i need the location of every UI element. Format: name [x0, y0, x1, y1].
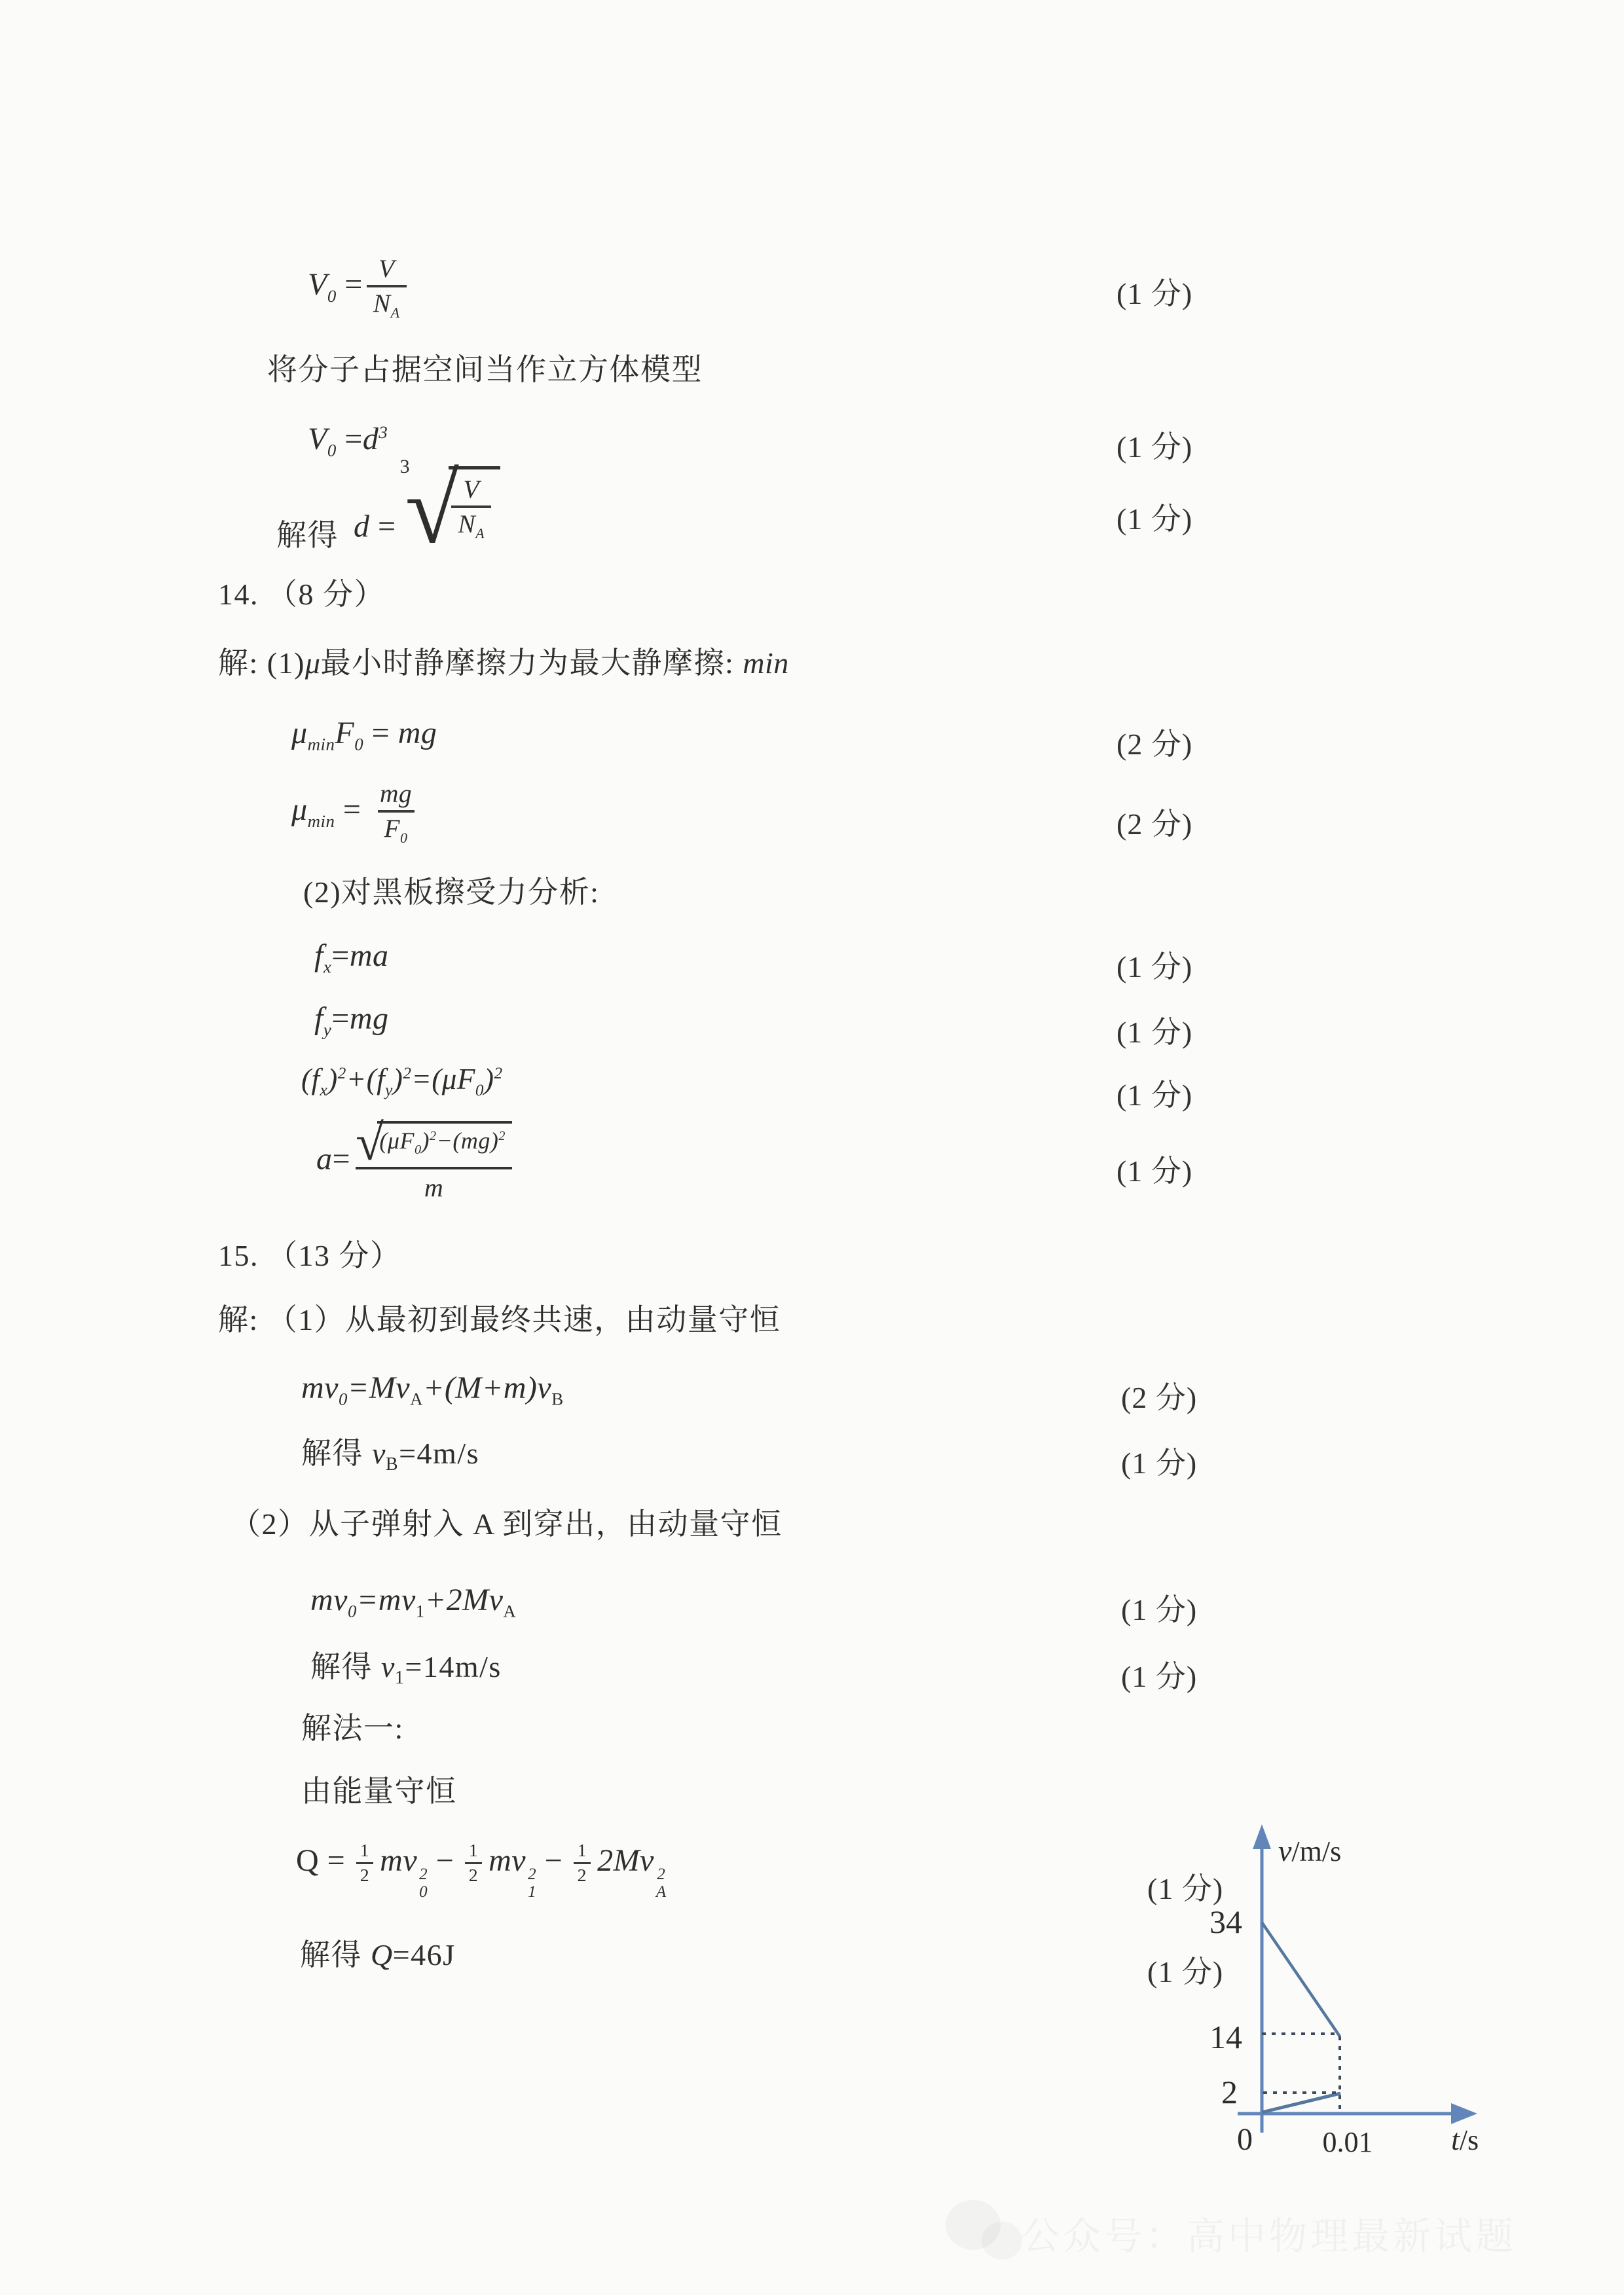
solution-14-line1: 解: (1)μ最小时静摩擦力为最大静摩擦: min: [218, 645, 789, 681]
var-f: f: [314, 938, 323, 973]
tick-2: 2: [1221, 2074, 1238, 2110]
fraction-mg-F0: mgF0: [373, 779, 418, 846]
var-N: N: [458, 509, 475, 538]
result-v1: 解得 v1=14m/s: [310, 1649, 502, 1689]
text-friction: 最小时静摩擦力为最大静摩擦:: [321, 646, 743, 680]
var-F: F: [384, 814, 401, 843]
score-mark: (1 分): [1121, 1586, 1197, 1629]
half-fraction: 12: [356, 1841, 373, 1885]
formula-fy-mg: fy=mg: [314, 1001, 389, 1040]
var-F: F: [335, 716, 354, 750]
answer-sheet-page: V0 =VNA (1 分) 将分子占据空间当作立方体模型 V0 =d3 (1 分…: [0, 0, 1624, 2295]
sub-A: A: [656, 1884, 667, 1901]
equals: =: [344, 422, 363, 456]
text-jiede: 解得: [300, 1938, 371, 1972]
tick-0: 0: [1237, 2122, 1253, 2157]
score-mark: (1 分): [1116, 1071, 1192, 1114]
half-fraction: 12: [574, 1841, 591, 1885]
sub-1: 1: [528, 1884, 536, 1901]
sub-0: 0: [348, 1602, 357, 1621]
denominator-NA: NA: [367, 285, 407, 321]
question-14-header: 14. （8 分）: [218, 576, 385, 612]
solution-15-line1: 解: （1）从最初到最终共速，由动量守恒: [218, 1302, 781, 1338]
sup-2: 2: [494, 1065, 502, 1082]
formula-momentum-1: mv0=MvA+(M+m)vB: [301, 1370, 564, 1410]
sub-x: x: [323, 957, 331, 977]
equals: =: [363, 716, 398, 750]
text-jiede: 解得: [310, 1650, 381, 1683]
question-15-header: 15. （13 分）: [218, 1238, 401, 1274]
score-mark: (1 分): [1121, 1439, 1197, 1482]
text-jie-1: 解: (1): [218, 646, 305, 680]
sub-y: y: [323, 1020, 331, 1040]
sup-2: 2: [338, 1065, 346, 1082]
score-mark: (1 分): [1116, 1008, 1192, 1052]
var-mg: mg: [398, 716, 437, 750]
sub-0: 0: [327, 286, 337, 306]
tick-001: 0.01: [1323, 2126, 1373, 2158]
denominator-F0: F0: [378, 810, 415, 846]
value-46J: =46J: [393, 1938, 456, 1972]
sub-min: min: [308, 735, 335, 754]
score-mark: (2 分): [1116, 720, 1192, 763]
x-axis-arrow-icon: [1451, 2103, 1477, 2124]
sub-0: 0: [339, 1389, 348, 1409]
sup-2: 2: [528, 1866, 536, 1883]
var-v: v: [372, 1437, 386, 1470]
sub-1: 1: [395, 1668, 405, 1688]
numerator-sqrt: √(μF0)2−(mg)2: [356, 1121, 512, 1164]
sub-min: min: [308, 811, 335, 831]
formula-v0-per-molecule: V0 =VNA: [308, 254, 411, 321]
score-mark: (1 分): [1116, 495, 1192, 538]
supsub-2-1: 21: [528, 1866, 536, 1900]
text-jiede: 解得: [301, 1437, 372, 1470]
sub-1: 1: [416, 1602, 425, 1621]
close: ): [484, 1063, 494, 1095]
bullet-velocity-line: [1262, 1922, 1340, 2036]
score-mark: (1 分): [1116, 270, 1192, 313]
formula-fx-ma: fx=ma: [314, 938, 389, 978]
var-Q: Q: [371, 1938, 393, 1972]
formula-d-cuberoot: d =3√VNA: [354, 466, 500, 545]
watermark-text: 公众号：高中物理最新试题: [1022, 2205, 1517, 2260]
equals: =: [335, 792, 369, 827]
watermark-logo-icon: [942, 2199, 1027, 2264]
var-ma: ma: [350, 938, 389, 973]
score-mark: (1 分): [1116, 423, 1192, 466]
denominator-2: 2: [578, 1864, 587, 1885]
minus: −: [536, 1843, 571, 1878]
sub-A: A: [410, 1389, 423, 1409]
mv: mv: [489, 1843, 526, 1878]
formula-heat-Q: Q = 12mv20 − 12mv21 − 122Mv2A: [296, 1841, 667, 1901]
var-N: N: [373, 289, 391, 318]
numerator-mg: mg: [373, 779, 418, 810]
vt-graph: v/m/s 34 14 2 0 0.01 t/s: [1080, 1807, 1539, 2174]
formula-pythagoras: (fx)2+(fy)2=(μF0)2: [301, 1062, 503, 1100]
sub-y: y: [385, 1082, 393, 1099]
block-velocity-line: [1262, 2093, 1340, 2112]
var-mu: μ: [291, 792, 308, 827]
value-4ms: =4m/s: [399, 1437, 479, 1470]
formula-momentum-2: mv0=mv1+2MvA: [310, 1582, 516, 1622]
sub-0: 0: [415, 1143, 422, 1157]
formula-acceleration: a=√(μF0)2−(mg)2m: [316, 1121, 512, 1203]
score-mark: (2 分): [1116, 800, 1192, 843]
sub-A: A: [391, 304, 400, 321]
solution-15-part2: （2）从子弹射入 A 到穿出，由动量守恒: [231, 1506, 783, 1542]
eq-MvA: =Mv: [348, 1370, 410, 1405]
numerator-V: V: [372, 254, 401, 285]
2Mv: 2Mv: [597, 1843, 654, 1878]
text-cube-model: 将分子占据空间当作立方体模型: [267, 352, 703, 388]
y-axis-arrow-icon: [1253, 1824, 1271, 1849]
var-f: f: [314, 1001, 323, 1036]
plus-2MvA: +2Mv: [425, 1583, 504, 1617]
sup-2: 2: [430, 1129, 437, 1143]
result-vB: 解得 vB=4m/s: [301, 1435, 479, 1476]
sup-2: 2: [419, 1866, 428, 1883]
var-mu: μ: [305, 646, 321, 680]
equals: =: [333, 1142, 351, 1177]
var-min: min: [743, 646, 789, 680]
var-V: V: [308, 422, 327, 456]
close: ): [422, 1128, 430, 1154]
formula-v0-d3: V0 =d3: [308, 421, 388, 461]
x-axis-label: t/s: [1451, 2123, 1479, 2156]
fraction-sqrt-m: √(μF0)2−(mg)2m: [356, 1121, 512, 1203]
cube-root: 3√VNA: [405, 466, 501, 542]
sub-0: 0: [400, 830, 408, 846]
sub-0: 0: [354, 735, 363, 754]
sub-A: A: [475, 525, 485, 542]
sup-3: 3: [378, 422, 388, 442]
numerator-1: 1: [465, 1841, 482, 1864]
var-a: a: [316, 1142, 333, 1177]
equals: =: [331, 1001, 350, 1036]
sub-x: x: [320, 1082, 328, 1099]
half-fraction: 12: [465, 1841, 482, 1885]
value-14ms: =14m/s: [405, 1650, 501, 1683]
y-axis-label: v/m/s: [1278, 1834, 1341, 1867]
var-mu: μ: [291, 716, 308, 750]
tick-14: 14: [1209, 2019, 1242, 2055]
numerator-V: V: [457, 475, 487, 505]
sub-0: 0: [419, 1884, 428, 1901]
sub-A: A: [503, 1602, 516, 1621]
score-mark: (1 分): [1121, 1653, 1197, 1696]
minus-mg: −(mg): [437, 1128, 499, 1154]
Q-equals: Q =: [296, 1843, 354, 1878]
numerator-1: 1: [574, 1841, 591, 1864]
var-d: d: [354, 509, 370, 544]
result-Q: 解得 Q=46J: [300, 1937, 456, 1973]
equals: =: [378, 509, 396, 544]
solution-14-part2: (2)对黑板擦受力分析:: [303, 874, 599, 910]
tick-34: 34: [1209, 1903, 1242, 1940]
mv: mv: [301, 1370, 339, 1405]
score-mark: (1 分): [1116, 1147, 1192, 1190]
close: ): [327, 1063, 338, 1095]
sub-B: B: [386, 1454, 399, 1475]
var-v: v: [381, 1650, 395, 1683]
text-method-one: 解法一:: [301, 1710, 404, 1746]
mv: mv: [380, 1843, 417, 1878]
var-mg: mg: [350, 1001, 389, 1036]
formula-mumin-frac: μmin = mgF0: [291, 779, 422, 846]
sub-B: B: [551, 1389, 563, 1409]
sup-2: 2: [403, 1065, 411, 1082]
var-V: V: [308, 267, 327, 302]
score-mark: (2 分): [1121, 1374, 1197, 1417]
open-fx: (f: [301, 1063, 320, 1095]
equals: =: [344, 267, 363, 302]
minus: −: [428, 1843, 462, 1878]
denominator-m: m: [356, 1167, 512, 1203]
fraction-V-NA: VNA: [367, 254, 407, 321]
close: ): [393, 1063, 403, 1095]
open-muF: (μF: [379, 1128, 415, 1154]
equals: =: [331, 938, 350, 973]
radicand: (μF0)2−(mg)2: [377, 1121, 512, 1158]
sup-2: 2: [498, 1129, 506, 1143]
text-jiede: 解得: [276, 517, 339, 553]
supsub-2-A: 2A: [656, 1866, 667, 1900]
score-mark: (1 分): [1116, 943, 1192, 986]
text-energy-conservation: 由能量守恒: [301, 1773, 457, 1809]
eq-mv1: =mv: [357, 1583, 416, 1617]
equals-muF: =(μF: [411, 1063, 475, 1095]
var-d: d: [363, 422, 379, 456]
supsub-2-0: 20: [419, 1866, 428, 1900]
square-root: √(μF0)2−(mg)2: [356, 1121, 512, 1158]
denominator-2: 2: [360, 1864, 369, 1885]
sup-2: 2: [657, 1866, 665, 1883]
sub-0: 0: [475, 1082, 484, 1099]
mv: mv: [310, 1583, 348, 1617]
numerator-1: 1: [356, 1841, 373, 1864]
plus-fy: +(f: [346, 1063, 385, 1095]
formula-mumin-F0-mg: μminF0 = mg: [291, 715, 437, 755]
sub-0: 0: [327, 441, 337, 460]
denominator-2: 2: [469, 1864, 478, 1885]
plus-term: +(M+m)v: [423, 1370, 551, 1405]
